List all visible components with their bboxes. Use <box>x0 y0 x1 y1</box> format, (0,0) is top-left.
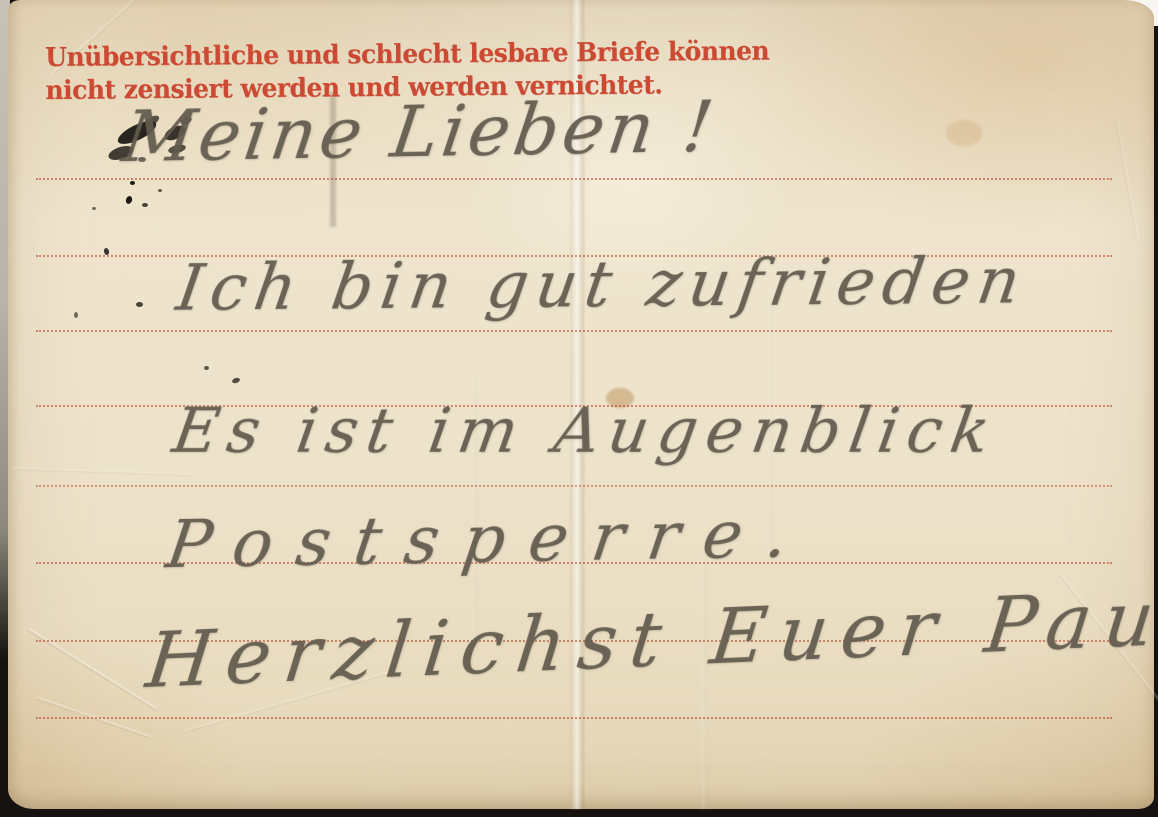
handwriting-line-1: Meine Lieben ! <box>118 85 722 178</box>
crease-line <box>1117 122 1140 241</box>
crease-line <box>12 467 192 475</box>
ruled-line <box>36 330 1112 332</box>
ink-speck <box>74 312 78 318</box>
ink-speck <box>92 207 96 210</box>
ruled-line <box>36 717 1112 719</box>
ink-speck <box>142 203 148 207</box>
ruled-line <box>36 485 1112 487</box>
handwriting-line-4: Postsperre. <box>162 495 817 583</box>
handwriting-line-3: Es ist im Augenblick <box>168 394 1004 467</box>
ink-speck <box>204 366 209 370</box>
ink-speck <box>231 377 240 384</box>
handwriting-line-5-signature: Herzlichst Euer Paul <box>142 571 1158 705</box>
ink-speck <box>158 189 162 192</box>
postcard: Unübersichtliche und schlecht lesbare Br… <box>8 0 1154 809</box>
scanned-postcard-scene: Unübersichtliche und schlecht lesbare Br… <box>0 0 1158 817</box>
ink-speck <box>130 181 135 185</box>
paper-stain-spot <box>946 120 982 146</box>
handwriting-line-2: Ich bin gut zufrieden <box>172 244 1033 326</box>
ink-speck <box>136 302 143 307</box>
